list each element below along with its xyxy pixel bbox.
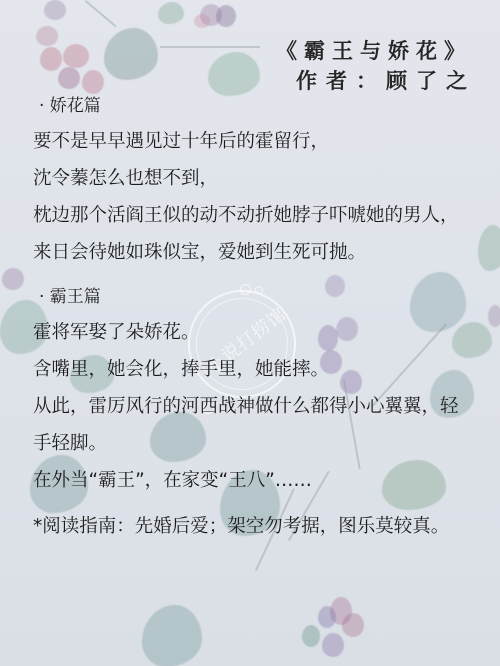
paragraph: 在外当“霸王”，在家变“王八”…… [33, 462, 473, 499]
paragraph: 从此，雷厉风行的河西战神做什么都得小心翼翼，轻手轻脚。 [33, 388, 473, 462]
synopsis-content: · 娇花篇 要不是早早遇见过十年后的霍留行， 沈令蓁怎么也想不到， 枕边那个活阎… [33, 91, 473, 545]
paragraph: 枕边那个活阎王似的动不动折她脖子吓唬她的男人， [33, 197, 473, 234]
reading-guide: *阅读指南：先婚后爱；架空勿考据，图乐莫较真。 [33, 508, 473, 545]
paragraph: 要不是早早遇见过十年后的霍留行， [33, 123, 473, 160]
section-heading-bawang: · 霸王篇 [39, 282, 473, 312]
paragraph: 霍将军娶了朵娇花。 [33, 314, 473, 351]
title-block: 《霸王与娇花》 作者：顾了之 [276, 36, 472, 96]
paragraph: 含嘴里，她会化，捧手里，她能摔。 [33, 351, 473, 388]
paragraph: 来日会待她如珠似宝，爱她到生死可抛。 [33, 234, 473, 271]
paragraph: 沈令蓁怎么也想不到， [33, 160, 473, 197]
book-title: 《霸王与娇花》 [276, 36, 472, 66]
section-heading-jiaohua: · 娇花篇 [39, 91, 473, 121]
